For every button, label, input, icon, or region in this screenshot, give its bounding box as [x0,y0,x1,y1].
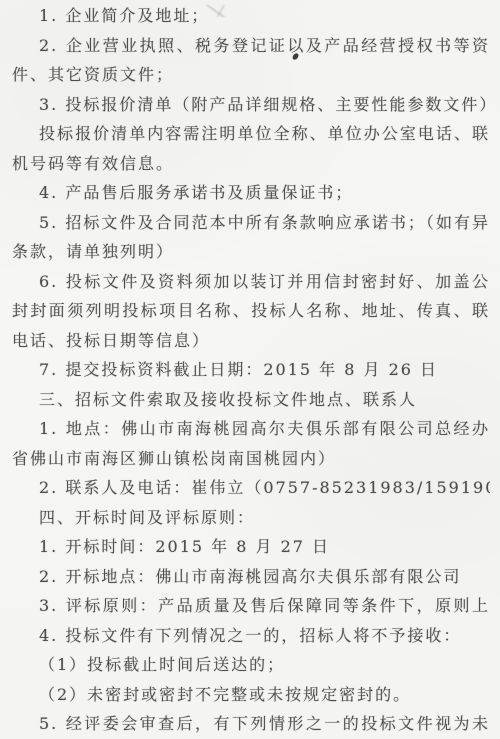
text-line: 5. 招标文件及合同范本中所有条款响应承诺书；（如有异议或补充 [12,208,490,238]
text-line: 6. 投标文件及资料须加以装订并用信封密封好、加盖公章封口；（信 [12,267,490,297]
section-heading: 三、招标文件索取及接收投标文件地点、联系人 [12,385,490,415]
text-line: 条款，请单独列明） [12,237,490,267]
text-line: 4. 投标文件有下列情况之一的，招标人将不予接收： [12,621,490,651]
document-body: 1. 企业简介及地址； 2. 企业营业执照、税务登记证以及产品经营授权书等资质证… [0,0,500,739]
text-line: 4. 产品售后服务承诺书及质量保证书； [12,178,490,208]
scanned-document-page: 1. 企业简介及地址； 2. 企业营业执照、税务登记证以及产品经营授权书等资质证… [0,0,500,739]
text-line: 2. 开标地点：佛山市南海桃园高尔夫俱乐部有限公司 [12,562,490,592]
text-line: 1. 企业简介及地址； [12,1,490,31]
text-line: 2. 联系人及电话：崔伟立（0757-85231983/15919034803） [12,473,490,503]
section-heading: 四、开标时间及评标原则： [12,503,490,533]
text-line: （1）投标截止时间后送达的； [12,650,490,680]
text-line: 3. 投标报价清单（附产品详细规格、主要性能参数文件）； [12,90,490,120]
text-line: 件、其它资质文件； [12,60,490,90]
text-line: 投标报价清单内容需注明单位全称、单位办公室电话、联系人及手 [12,119,490,149]
text-line: 1. 开标时间：2015 年 8 月 27 日 [12,532,490,562]
text-line: 2. 企业营业执照、税务登记证以及产品经营授权书等资质证明复印 [12,31,490,61]
text-line: 封封面须列明投标项目名称、投标人名称、地址、传真、联系人及联系 [12,296,490,326]
text-line: 省佛山市南海区狮山镇松岗南国桃园内） [12,444,490,474]
text-line: （2）未密封或密封不完整或未按规定密封的。 [12,680,490,710]
text-line: 5. 经评委会审查后，有下列情形之一的投标文件视为未能实质性响 [12,709,490,739]
text-line: 机号码等有效信息。 [12,149,490,179]
text-line: 3. 评标原则：产品质量及售后保障同等条件下，原则上价低者中标。 [12,591,490,621]
text-line: 1. 地点：佛山市南海桃园高尔夫俱乐部有限公司总经办（位于广东 [12,414,490,444]
text-line: 7. 提交投标资料截止日期：2015 年 8 月 26 日 [12,355,490,385]
text-line: 电话、投标日期等信息） [12,326,490,356]
